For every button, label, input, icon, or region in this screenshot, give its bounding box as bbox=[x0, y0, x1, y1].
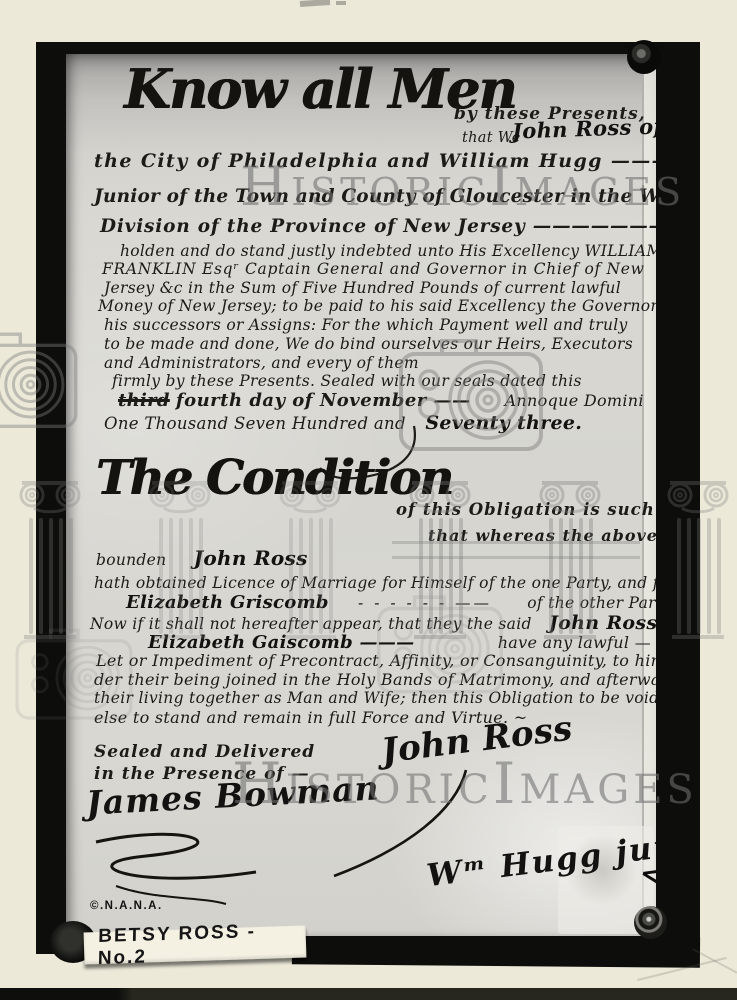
condition-line: Let or Impediment of Precontract, Affini… bbox=[96, 651, 656, 670]
date-rest: fourth day of November —— bbox=[176, 390, 471, 411]
bond-line: firmly by these Presents. Sealed with ou… bbox=[112, 372, 582, 390]
bond-line: Jersey &c in the Sum of Five Hundred Pou… bbox=[104, 279, 621, 297]
now-if-text: Now if it shall not hereafter appear, th… bbox=[90, 615, 532, 633]
screw-bottom-right bbox=[634, 906, 667, 939]
condition-line: their living together as Man and Wife; t… bbox=[94, 689, 656, 707]
name-elizabeth-griscomb: Elizabeth Griscomb bbox=[126, 592, 329, 613]
bond-line: Division of the Province of New Jersey —… bbox=[100, 216, 656, 237]
bond-line: holden and do stand justly indebted unto… bbox=[120, 242, 656, 260]
bond-line: his successors or Assigns: For the which… bbox=[104, 316, 628, 334]
name-john-ross-of: John Ross of bbox=[512, 113, 656, 143]
lawful-text: have any lawful — bbox=[498, 633, 651, 652]
bond-line: Money of New Jersey; to be paid to his s… bbox=[98, 297, 656, 315]
condition-line: Elizabeth Gaiscomb ——— have any lawful — bbox=[148, 632, 651, 653]
condition-line: der their being joined in the Holy Bands… bbox=[94, 670, 656, 689]
attestation-line: Sealed and Delivered bbox=[94, 742, 315, 762]
caption-text: BETSY ROSS - No.2 bbox=[98, 919, 307, 970]
bond-line: the City of Philadelphia and William Hug… bbox=[94, 150, 656, 172]
condition-tail2: that whereas the above —— bbox=[428, 526, 656, 545]
signature-flourish-bowman bbox=[76, 816, 276, 906]
condition-tail: of this Obligation is such bbox=[396, 500, 655, 519]
bond-line: Junior of the Town and County of Glouces… bbox=[94, 186, 656, 207]
other-party-text: of the other Party: bbox=[527, 594, 656, 612]
caption-strip: BETSY ROSS - No.2 bbox=[84, 926, 307, 965]
bond-line: to be made and done, We do bind ourselve… bbox=[104, 335, 633, 353]
border-smudge bbox=[336, 1, 346, 5]
agency-credit: ©.N.A.N.A. bbox=[90, 900, 163, 912]
year-filled: Seventy three. bbox=[425, 412, 582, 434]
condition-line: Now if it shall not hereafter appear, th… bbox=[90, 612, 656, 634]
struck-word: third bbox=[118, 390, 170, 411]
screw-top-right bbox=[627, 40, 661, 74]
name-john-ross: John Ross bbox=[194, 546, 308, 570]
heading-the-condition: The Condition bbox=[96, 454, 452, 502]
annoque-domini: Annoque Domini bbox=[505, 391, 644, 410]
dashes: - - - - - - —— bbox=[358, 594, 492, 612]
bounden-label: bounden bbox=[96, 551, 166, 569]
date-line: third fourth day of November —— Annoque … bbox=[118, 390, 644, 411]
condition-line: hath obtained Licence of Marriage for Hi… bbox=[94, 574, 656, 592]
bottom-edge-band bbox=[0, 988, 737, 1000]
condition-line: Elizabeth Griscomb - - - - - - —— of the… bbox=[126, 592, 656, 613]
name-elizabeth-gaiscomb: Elizabeth Gaiscomb ——— bbox=[148, 632, 414, 653]
bond-line: and Administrators, and every of them bbox=[104, 354, 419, 372]
name-john-ross-and: John Ross and bbox=[549, 612, 656, 634]
bond-line: FRANKLIN Esqʳ Captain General and Govern… bbox=[102, 260, 645, 278]
document-paper: Know all Men by these Presents, that We … bbox=[66, 54, 656, 936]
press-photo: { "photo": { "watermark_text": "Historic… bbox=[0, 0, 737, 1000]
condition-line: bounden John Ross bbox=[96, 546, 308, 570]
border-smudge bbox=[300, 0, 330, 7]
photo-black-frame-bottom-bar bbox=[292, 934, 700, 968]
